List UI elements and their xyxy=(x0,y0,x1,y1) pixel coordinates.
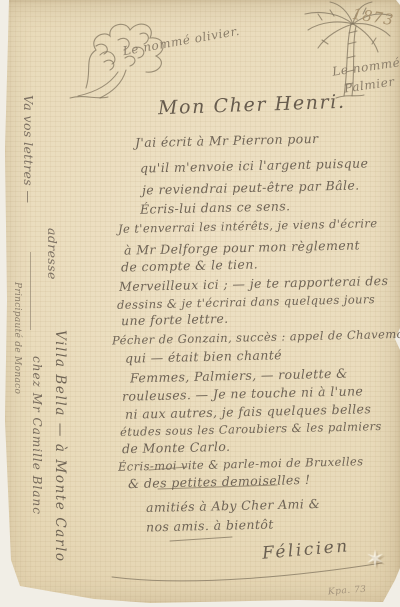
margin-divider-line xyxy=(30,252,31,330)
body-line: de Monte Carlo. xyxy=(122,439,231,456)
margin-note-forward: Va vos lettres — xyxy=(21,95,36,203)
body-line: de compte & le tien. xyxy=(121,256,258,274)
letter-scan: 1873 Le nommé olivier. Le nommé Palmier … xyxy=(0,0,400,607)
margin-note-address-label: adresse xyxy=(45,228,60,280)
margin-note-villa: Villa Bella — à Monte Carlo xyxy=(52,330,68,563)
margin-note-principaute: Principauté de Monaco xyxy=(12,282,22,394)
embossed-seal-icon: ✶ xyxy=(358,542,394,578)
body-line: une forte lettre. xyxy=(121,311,229,328)
body-line: nos amis. à bientôt xyxy=(146,517,274,535)
margin-note-chez: chez Mr Camille Blanc xyxy=(30,356,44,515)
